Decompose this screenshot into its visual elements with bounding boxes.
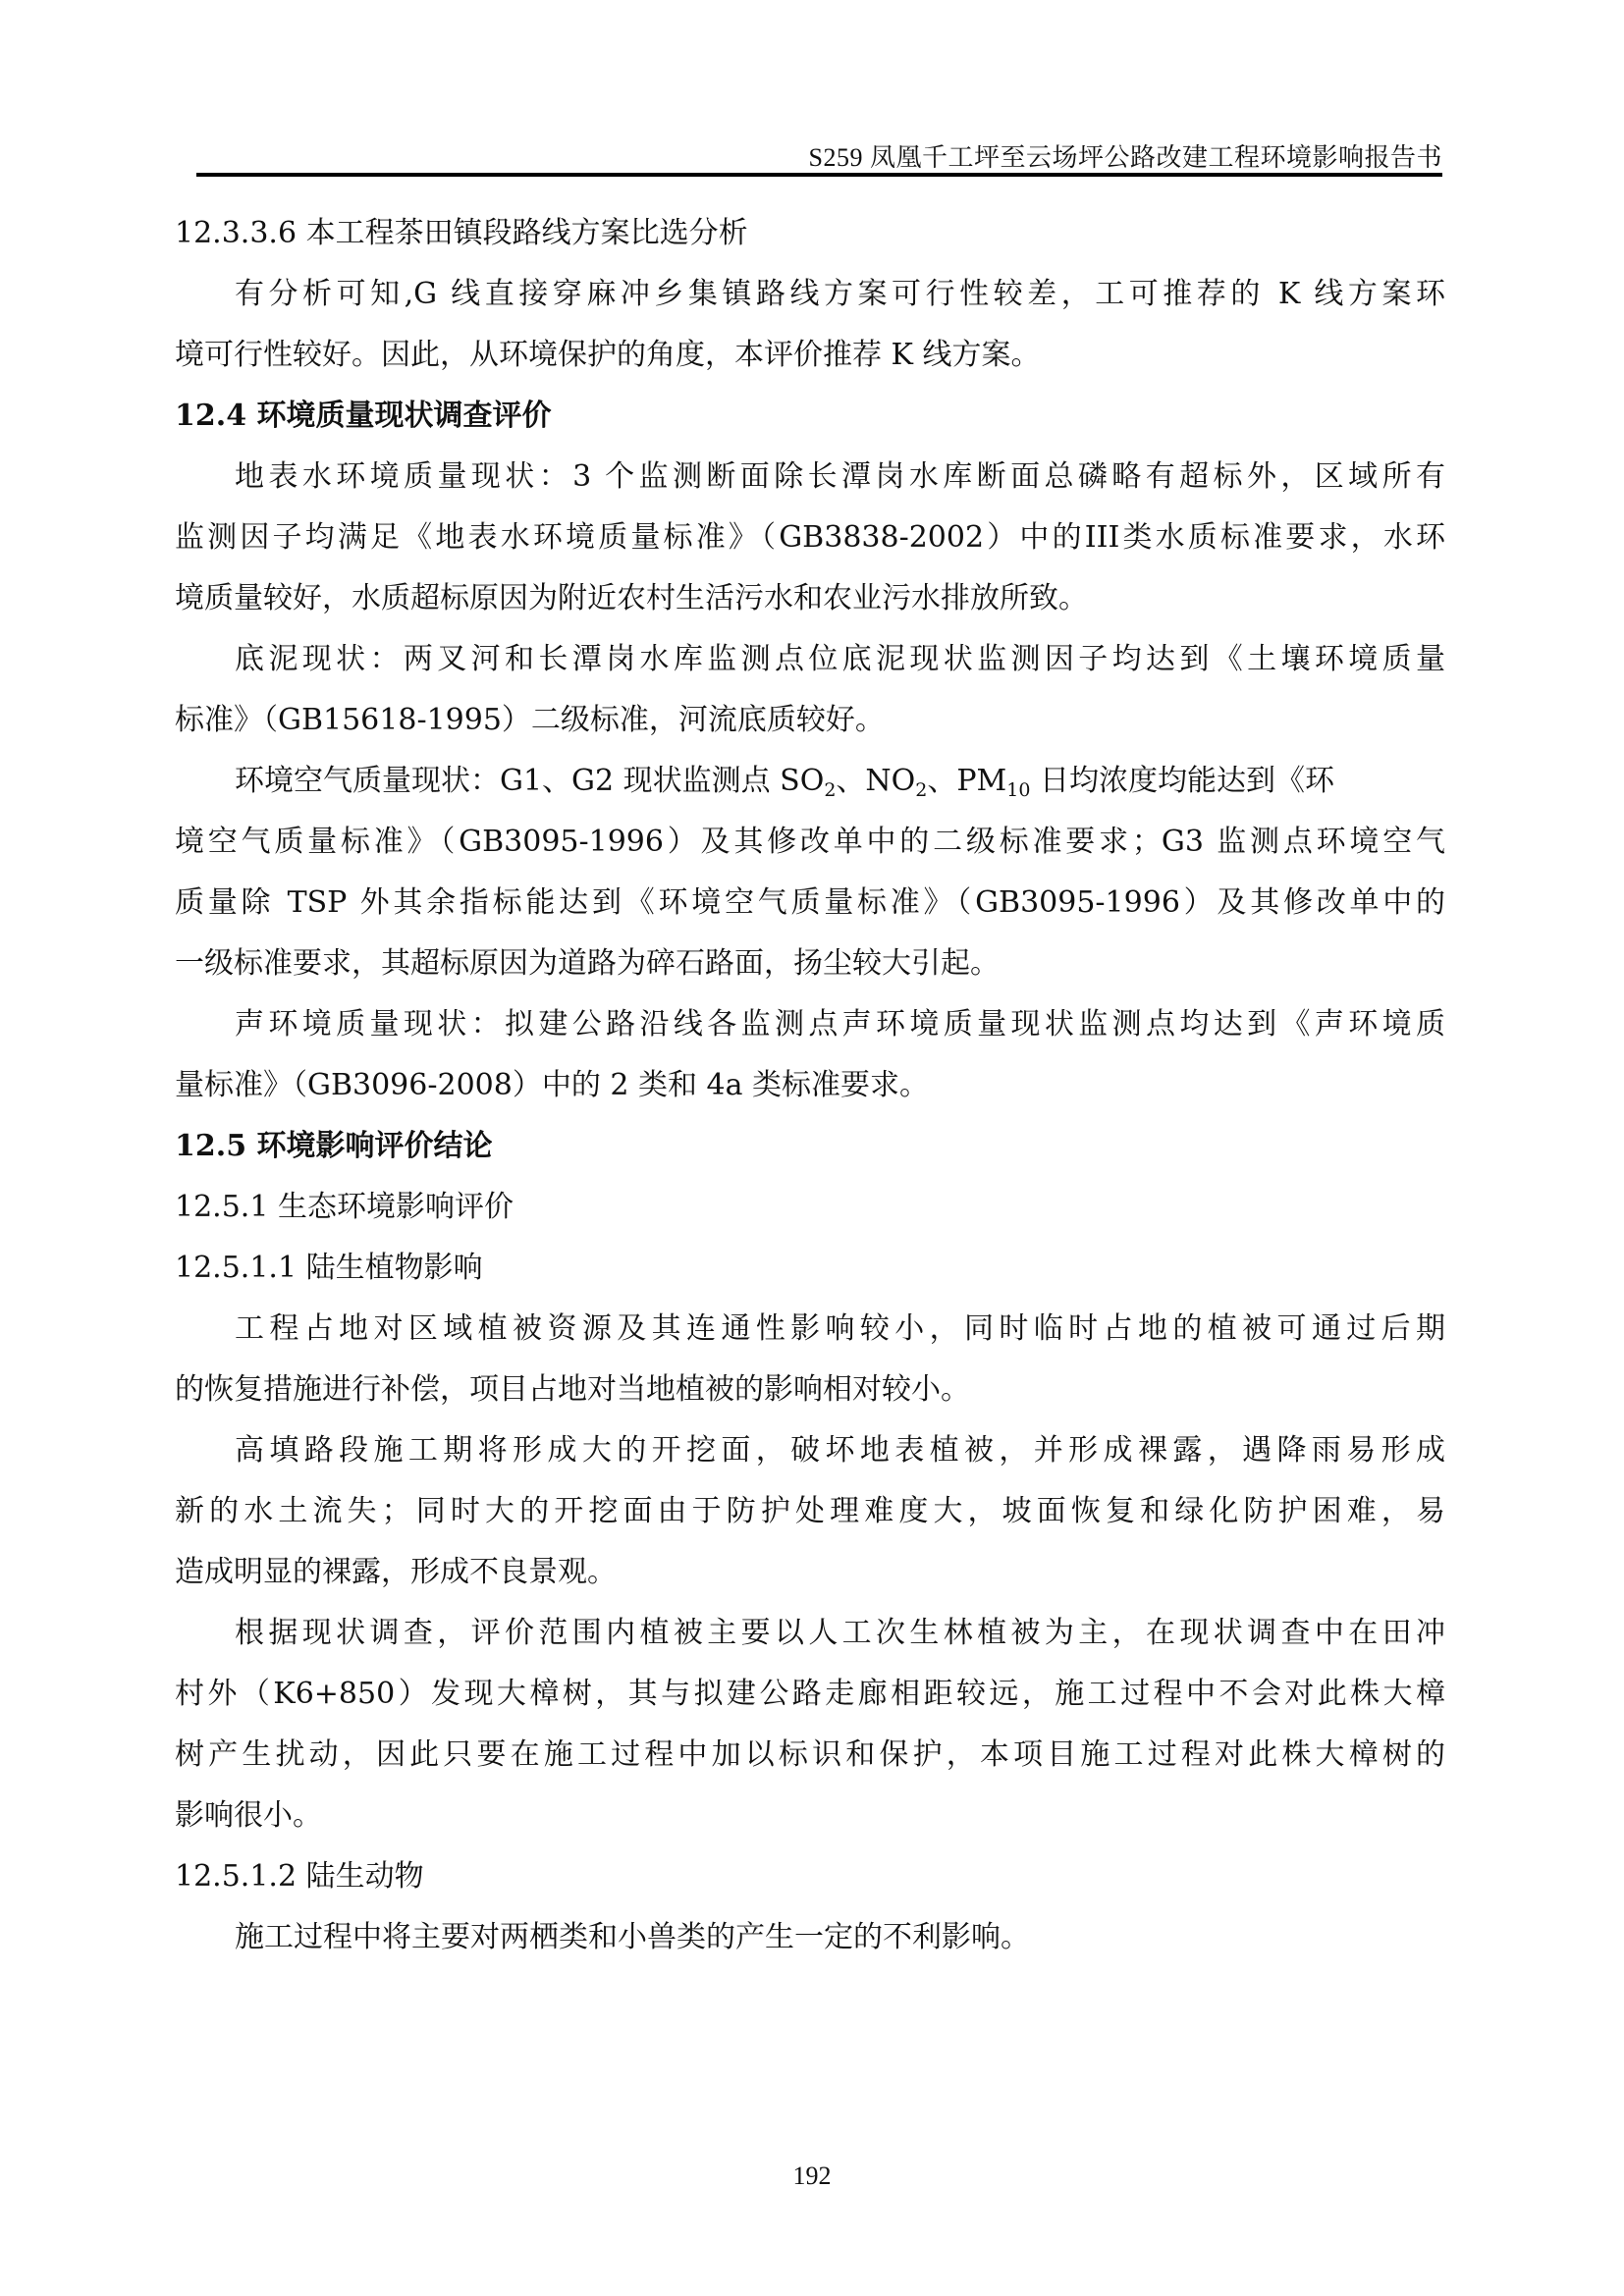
section-heading-12-4: 12.4 环境质量现状调查评价 bbox=[175, 397, 1445, 436]
paragraph-line: 造成明显的裸露，形成不良景观。 bbox=[175, 1553, 1445, 1592]
paragraph-line: 的恢复措施进行补偿，项目占地对当地植被的影响相对较小。 bbox=[175, 1370, 1445, 1410]
paragraph-line: 声环境质量现状：拟建公路沿线各监测点声环境质量现状监测点均达到《声环境质 bbox=[175, 1005, 1445, 1044]
subscript: 2 bbox=[824, 779, 836, 801]
paragraph-line: 质量除 TSP 外其余指标能达到《环境空气质量标准》（GB3095-1996）及… bbox=[175, 883, 1445, 923]
paragraph-line: 高填路段施工期将形成大的开挖面，破坏地表植被，并形成裸露，遇降雨易形成 bbox=[175, 1431, 1445, 1470]
paragraph-line: 地表水环境质量现状：3 个监测断面除长潭岗水库断面总磷略有超标外，区域所有 bbox=[175, 457, 1445, 497]
paragraph-line: 境空气质量标准》（GB3095-1996）及其修改单中的二级标准要求；G3 监测… bbox=[175, 823, 1445, 862]
paragraph-line: 工程占地对区域植被资源及其连通性影响较小，同时临时占地的植被可通过后期 bbox=[175, 1309, 1445, 1349]
text-run: 日均浓度均能达到《环 bbox=[1030, 764, 1334, 798]
header-divider bbox=[196, 173, 1442, 177]
text-run: 环境空气质量现状：G1、G2 现状监测点 SO bbox=[235, 764, 824, 798]
document-title: S259 凤凰千工坪至云场坪公路改建工程环境影响报告书 bbox=[809, 137, 1442, 174]
paragraph-line: 影响很小。 bbox=[175, 1796, 1445, 1836]
section-heading-12-5: 12.5 环境影响评价结论 bbox=[175, 1127, 1445, 1166]
paragraph-line: 有分析可知,G 线直接穿麻冲乡集镇路线方案可行性较差，工可推荐的 K 线方案环 bbox=[175, 275, 1445, 314]
section-heading-12-5-1-2: 12.5.1.2 陆生动物 bbox=[175, 1857, 1445, 1896]
text-run: 、PM bbox=[927, 764, 1006, 798]
paragraph-line: 树产生扰动，因此只要在施工过程中加以标识和保护，本项目施工过程对此株大樟树的 bbox=[175, 1735, 1445, 1775]
paragraph-line-air-quality: 环境空气质量现状：G1、G2 现状监测点 SO2、NO2、PM10 日均浓度均能… bbox=[175, 762, 1445, 801]
section-heading-12-5-1-1: 12.5.1.1 陆生植物影响 bbox=[175, 1249, 1445, 1288]
paragraph-line: 根据现状调查，评价范围内植被主要以人工次生林植被为主，在现状调查中在田冲 bbox=[175, 1614, 1445, 1653]
paragraph-line: 一级标准要求，其超标原因为道路为碎石路面，扬尘较大引起。 bbox=[175, 944, 1445, 984]
section-heading-12-5-1: 12.5.1 生态环境影响评价 bbox=[175, 1188, 1445, 1227]
paragraph-line: 监测因子均满足《地表水环境质量标准》（GB3838-2002）中的III类水质标… bbox=[175, 518, 1445, 558]
paragraph-line: 境可行性较好。因此，从环境保护的角度，本评价推荐 K 线方案。 bbox=[175, 336, 1445, 375]
paragraph-line: 标准》（GB15618-1995）二级标准，河流底质较好。 bbox=[175, 701, 1445, 740]
subscript: 10 bbox=[1006, 779, 1030, 801]
paragraph-line: 量标准》（GB3096-2008）中的 2 类和 4a 类标准要求。 bbox=[175, 1066, 1445, 1105]
paragraph-line: 村外（K6+850）发现大樟树，其与拟建公路走廊相距较远，施工过程中不会对此株大… bbox=[175, 1675, 1445, 1714]
paragraph-line: 境质量较好，水质超标原因为附近农村生活污水和农业污水排放所致。 bbox=[175, 579, 1445, 618]
text-run: 、NO bbox=[836, 764, 915, 798]
section-heading-12-3-3-6: 12.3.3.6 本工程茶田镇段路线方案比选分析 bbox=[175, 214, 1445, 253]
paragraph-line: 底泥现状：两叉河和长潭岗水库监测点位底泥现状监测因子均达到《土壤环境质量 bbox=[175, 640, 1445, 679]
page-number: 192 bbox=[0, 2162, 1624, 2191]
paragraph-line: 新的水土流失；同时大的开挖面由于防护处理难度大，坡面恢复和绿化防护困难，易 bbox=[175, 1492, 1445, 1531]
subscript: 2 bbox=[915, 779, 927, 801]
page-body: 12.3.3.6 本工程茶田镇段路线方案比选分析 有分析可知,G 线直接穿麻冲乡… bbox=[175, 214, 1445, 1979]
paragraph-line: 施工过程中将主要对两栖类和小兽类的产生一定的不利影响。 bbox=[175, 1918, 1445, 1957]
